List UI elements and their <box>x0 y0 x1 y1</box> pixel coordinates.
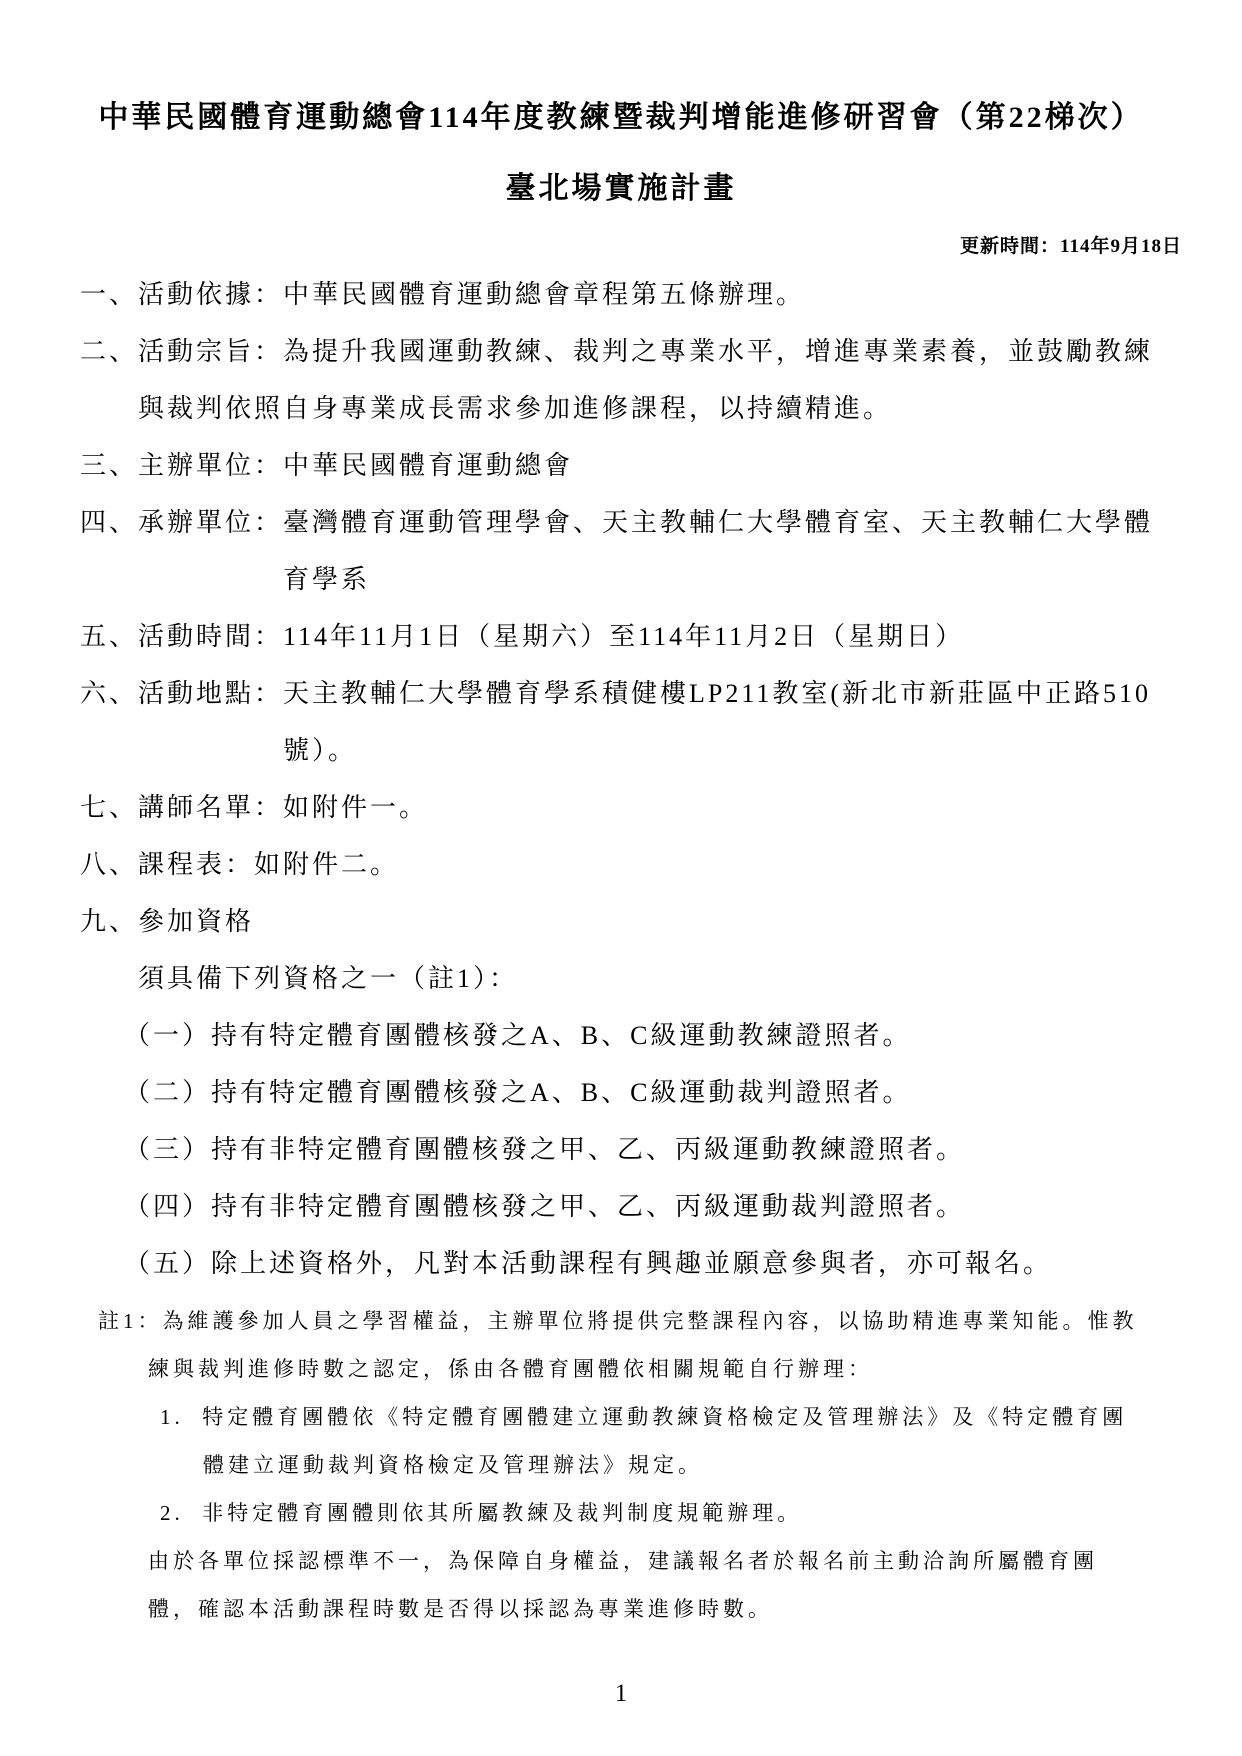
body-line-location: 六、活動地點：天主教輔仁大學體育學系積健樓LP211教室(新北市新莊區中正路51… <box>0 665 1242 722</box>
body-line-basis: 一、活動依據：中華民國體育運動總會章程第五條辦理。 <box>0 266 1242 323</box>
body-line-purpose: 二、活動宗旨：為提升我國運動教練、裁判之專業水平，增進專業素養，並鼓勵教練 <box>0 323 1242 380</box>
note-item-2: 2. 非特定體育團體則依其所屬教練及裁判制度規範辦理。 <box>0 1489 1242 1537</box>
document-title-line2: 臺北場實施計畫 <box>0 163 1242 207</box>
body-line-eligibility: 九、參加資格 <box>0 893 1242 950</box>
body-line-co-organizer-cont: 育學系 <box>0 551 1242 608</box>
note-closing: 由於各單位採認標準不一，為保障自身權益，建議報名者於報名前主動洽詢所屬體育團 <box>0 1537 1242 1585</box>
body-line-time: 五、活動時間：114年11月1日（星期六）至114年11月2日（星期日） <box>0 608 1242 665</box>
body-line-co-organizer: 四、承辦單位：臺灣體育運動管理學會、天主教輔仁大學體育室、天主教輔仁大學體 <box>0 494 1242 551</box>
body-line-schedule: 八、課程表：如附件二。 <box>0 836 1242 893</box>
body-line-lecturers: 七、講師名單：如附件一。 <box>0 779 1242 836</box>
page-number: 1 <box>0 1680 1242 1708</box>
note-line-1-cont: 練與裁判進修時數之認定，係由各體育團體依相關規範自行辦理： <box>0 1345 1242 1393</box>
body-line-qualification-5: （五）除上述資格外，凡對本活動課程有興趣並願意參與者，亦可報名。 <box>0 1235 1242 1292</box>
document-body: 一、活動依據：中華民國體育運動總會章程第五條辦理。 二、活動宗旨：為提升我國運動… <box>0 266 1242 1292</box>
note-closing-cont: 體，確認本活動課程時數是否得以採認為專業進修時數。 <box>0 1585 1242 1633</box>
body-line-qualification-2: （二）持有特定體育團體核發之A、B、C級運動裁判證照者。 <box>0 1064 1242 1121</box>
note-item-1-cont: 體建立運動裁判資格檢定及管理辦法》規定。 <box>0 1441 1242 1489</box>
body-line-eligibility-intro: 須具備下列資格之一（註1）： <box>0 950 1242 1007</box>
note-line-1: 註1：為維護參加人員之學習權益，主辦單位將提供完整課程內容，以協助精進專業知能。… <box>0 1297 1242 1345</box>
note-item-1: 1. 特定體育團體依《特定體育團體建立運動教練資格檢定及管理辦法》及《特定體育團 <box>0 1393 1242 1441</box>
update-time: 更新時間：114年9月18日 <box>960 231 1182 258</box>
body-line-location-cont: 號）。 <box>0 722 1242 779</box>
body-line-qualification-3: （三）持有非特定體育團體核發之甲、乙、丙級運動教練證照者。 <box>0 1121 1242 1178</box>
body-line-purpose-cont: 與裁判依照自身專業成長需求參加進修課程，以持續精進。 <box>0 380 1242 437</box>
body-line-organizer: 三、主辦單位：中華民國體育運動總會 <box>0 437 1242 494</box>
body-line-qualification-4: （四）持有非特定體育團體核發之甲、乙、丙級運動裁判證照者。 <box>0 1178 1242 1235</box>
body-line-qualification-1: （一）持有特定體育團體核發之A、B、C級運動教練證照者。 <box>0 1007 1242 1064</box>
document-title-line1: 中華民國體育運動總會114年度教練暨裁判增能進修研習會（第22梯次） <box>0 92 1242 136</box>
document-footnote: 註1：為維護參加人員之學習權益，主辦單位將提供完整課程內容，以協助精進專業知能。… <box>0 1297 1242 1633</box>
